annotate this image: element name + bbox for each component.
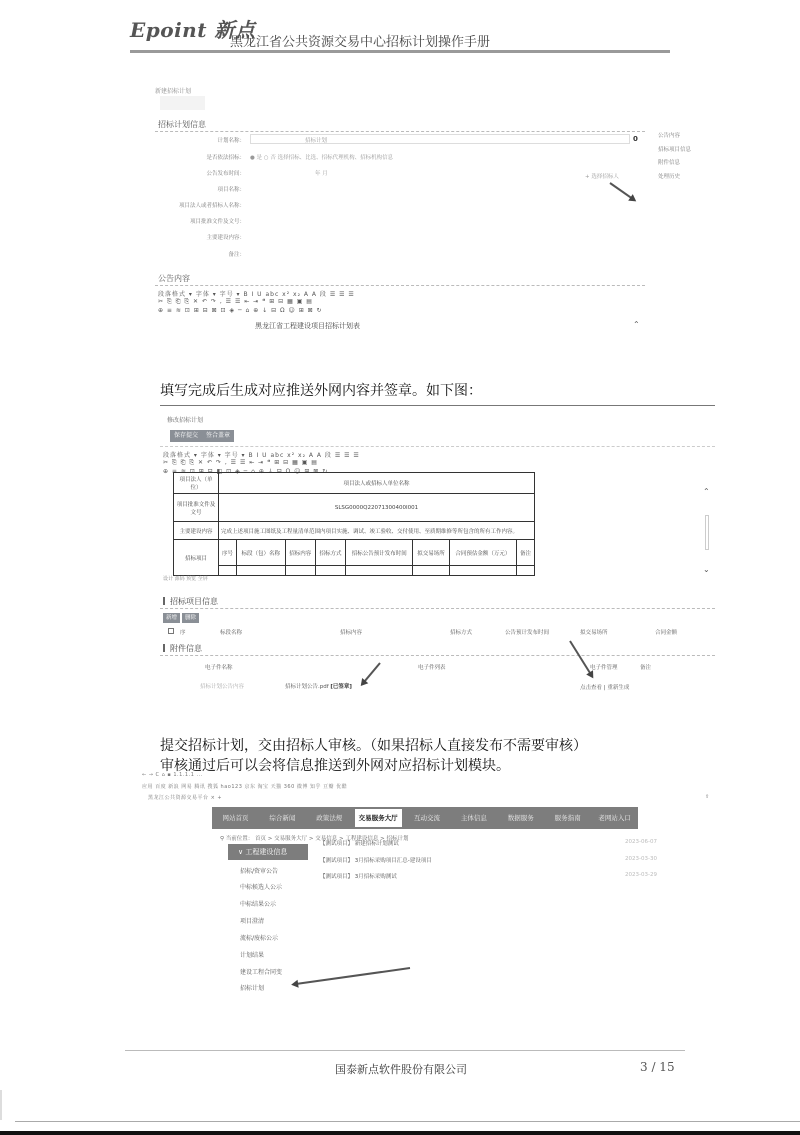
nav-data-service[interactable]: 数据服务 bbox=[497, 807, 544, 829]
footer-divider bbox=[125, 1050, 685, 1051]
editor-toolbar-row-1[interactable]: 段落格式 ▾ 字体 ▾ 字号 ▾ B I U abc x² x₂ A A 段 ☰… bbox=[163, 450, 360, 459]
screenshot-edit-bid-plan: 修改招标计划 保存提交 签合盖章 段落格式 ▾ 字体 ▾ 字号 ▾ B I U … bbox=[160, 405, 720, 705]
scan-divider bbox=[15, 1121, 800, 1122]
table-row bbox=[174, 566, 535, 576]
form-row-approval: 项目批准文件及文号： bbox=[155, 217, 635, 229]
scroll-down-icon[interactable]: ⌄ bbox=[703, 565, 710, 574]
instruction-paragraph-1: 填写完成后生成对应推送外网内容并签章。如下图： bbox=[160, 380, 482, 400]
nav-trading-hall[interactable]: 交易服务大厅 bbox=[355, 809, 402, 827]
nav-old-site[interactable]: 老网站入口 bbox=[591, 807, 638, 829]
sidebar-item[interactable]: 项目澄清 bbox=[240, 916, 264, 925]
section-title-attachments: 附件信息 bbox=[163, 643, 202, 654]
form-row-legal-bid: 是否依法招标： ● 是 ○ 否 选择招标、比选、招标代理机构、招标机构信息 bbox=[155, 153, 635, 165]
form-row-tenderer: 项目法人或者招标人名称： bbox=[155, 201, 635, 213]
scroll-up-icon[interactable]: ⌃ bbox=[703, 487, 710, 496]
sidebar-item[interactable]: 流标/废标公示 bbox=[240, 933, 278, 942]
anchor-bid-project-info[interactable]: 招标项目信息 bbox=[658, 144, 691, 158]
form-row-main-content: 主要建设内容： bbox=[155, 233, 635, 245]
attachment-actions[interactable]: 点击查看 | 重新生成 bbox=[580, 683, 629, 691]
editor-toolbar-row-2[interactable]: ✂ ⎘ ⎗ ⎘ ✕ ↶ ↷ , ☰ ☰ ⇤ ⇥ ❝ ⊞ ⊟ ▦ ▣ ▤ bbox=[163, 459, 318, 467]
sidebar-heading[interactable]: ∨ 工程建设信息 bbox=[228, 844, 308, 860]
breadcrumb: 新建招标计划 bbox=[155, 86, 191, 95]
nav-news[interactable]: 综合新闻 bbox=[259, 807, 306, 829]
editor-mode-tabs[interactable]: 设计 源码 预览 全屏 bbox=[163, 575, 208, 582]
count-badge: 0 bbox=[633, 135, 638, 143]
form-row-remark: 备注： bbox=[155, 250, 635, 262]
browser-address-bar[interactable]: ← → C ⌂ ▪ 1.1.1.1 ... bbox=[142, 772, 203, 778]
bookmarks-bar[interactable]: 应用 百度 新浪 网易 腾讯 搜狐 hao123 京东 淘宝 天猫 360 微博… bbox=[142, 783, 347, 790]
add-button[interactable]: 新增 bbox=[163, 613, 180, 623]
table-row: 项目批准文件及文号 SLSG0000Q22071300400I001 bbox=[174, 494, 535, 522]
form-row-publish-time: 公告发布时间： 年 月 bbox=[155, 169, 635, 181]
news-date: 2023-03-29 bbox=[625, 872, 657, 878]
footer-company: 国泰新点软件股份有限公司 bbox=[335, 1061, 467, 1077]
news-item[interactable]: 【测试项目】 新建招标计划测试 bbox=[320, 839, 399, 847]
annotation-arrow bbox=[569, 640, 593, 677]
nav-interaction[interactable]: 互动交流 bbox=[404, 807, 451, 829]
sidebar-item[interactable]: 招标/资审公告 bbox=[240, 866, 278, 875]
editor-toolbar-row-3[interactable]: ⊕ ≡ ≋ ⊡ ⊞ ⊟ ⊠ ⊡ ◈ ─ ⌂ ⊕ ↓ ⊟ Ω ☺ ⊞ ⊠ ↻ bbox=[158, 307, 323, 314]
divider bbox=[160, 405, 715, 406]
section-title-content: 公告内容 bbox=[158, 273, 190, 284]
section-title-bid-projects: 招标项目信息 bbox=[163, 596, 218, 607]
browser-tabs[interactable]: 黑龙江公共资源交易平台 × + bbox=[148, 794, 222, 801]
choose-tenderer-link[interactable]: + 选择招标人 bbox=[585, 172, 619, 180]
sidebar-item[interactable]: 中标结果公示 bbox=[240, 899, 276, 908]
nav-home[interactable]: 网站首页 bbox=[212, 807, 259, 829]
news-date: 2023-06-07 bbox=[625, 839, 657, 845]
editor-content-heading[interactable]: 黑龙江省工程建设项目招标计划表 bbox=[255, 321, 360, 331]
table-row: 项目法人（单位） 项目法人或招标人单位名称 bbox=[174, 473, 535, 494]
page-number: 3 / 15 bbox=[640, 1060, 675, 1074]
site-main-nav: 网站首页 综合新闻 政策法规 交易服务大厅 互动交流 主体信息 数据服务 服务指… bbox=[212, 807, 638, 829]
screenshot-public-website: ← → C ⌂ ▪ 1.1.1.1 ... 应用 百度 新浪 网易 腾讯 搜狐 … bbox=[140, 770, 720, 1030]
publish-time-input[interactable]: 年 月 bbox=[315, 169, 328, 177]
divider bbox=[160, 608, 715, 609]
sidebar-item[interactable]: 中标候选人公示 bbox=[240, 882, 282, 891]
sidebar-item-bid-plan[interactable]: 招标计划 bbox=[240, 983, 264, 992]
instruction-paragraph-2: 提交招标计划，交由招标人审核。（如果招标人直接发布不需要审核） bbox=[160, 735, 587, 755]
anchor-history[interactable]: 处理历史 bbox=[658, 171, 691, 185]
select-all-checkbox[interactable] bbox=[168, 628, 174, 634]
toolbar-placeholder bbox=[160, 96, 205, 110]
share-icon[interactable]: ⇪ bbox=[705, 794, 710, 800]
document-title: 黑龙江省公共资源交易中心招标计划操作手册 bbox=[230, 31, 490, 50]
annotation-arrow bbox=[361, 662, 381, 685]
anchor-attachment-info[interactable]: 附件信息 bbox=[658, 157, 691, 171]
divider bbox=[160, 655, 715, 656]
form-row-plan-name: 计划名称： 招标计划 bbox=[155, 136, 635, 148]
scan-edge bbox=[0, 1090, 2, 1120]
annotation-arrow bbox=[293, 967, 410, 985]
scrollbar[interactable] bbox=[705, 515, 709, 550]
screenshot-bid-plan-form: 新建招标计划 招标计划信息 计划名称： 招标计划 0 是否依法招标： ● 是 ○… bbox=[155, 78, 645, 338]
page-title: 修改招标计划 bbox=[167, 415, 203, 424]
nav-entity-info[interactable]: 主体信息 bbox=[450, 807, 497, 829]
editor-toolbar-row-2[interactable]: ✂ ⎘ ⎗ ⎘ ✕ ↶ ↷ , ☰ ☰ ⇤ ⇥ ❝ ⊞ ⊟ ▦ ▣ ▤ bbox=[158, 298, 313, 306]
table-row: 招标项目 序号 标段（包）名称 招标内容 招标方式 招标公告预计发布时间 拟交易… bbox=[174, 540, 535, 566]
page-header: Epoint 新点 黑龙江省公共资源交易中心招标计划操作手册 bbox=[130, 14, 670, 54]
section-divider bbox=[155, 285, 645, 286]
divider bbox=[160, 446, 715, 447]
news-date: 2023-03-30 bbox=[625, 856, 657, 862]
table-row: 主要建设内容 完成上述项目施工图纸及工程量清单范围内项目实施、调试、竣工验收、交… bbox=[174, 522, 535, 540]
legal-bid-radio[interactable]: ● 是 ○ 否 选择招标、比选、招标代理机构、招标机构信息 bbox=[250, 153, 393, 161]
form-row-project-name: 项目名称： bbox=[155, 185, 635, 197]
nav-service-guide[interactable]: 服务指南 bbox=[544, 807, 591, 829]
editor-toolbar-row-1[interactable]: 段落格式 ▾ 字体 ▾ 字号 ▾ B I U abc x² x₂ A A 段 ☰… bbox=[158, 289, 355, 298]
attachment-file-link[interactable]: 招标计划公告.pdf [已签章] bbox=[285, 682, 352, 690]
news-item[interactable]: 【测试项目】 3月招标采购测试 bbox=[320, 872, 397, 880]
section-divider bbox=[155, 131, 645, 132]
sidebar-item[interactable]: 计划结果 bbox=[240, 950, 264, 959]
header-divider bbox=[130, 50, 670, 53]
save-submit-button[interactable]: 保存提交 bbox=[170, 430, 202, 442]
sign-seal-button[interactable]: 签合盖章 bbox=[202, 430, 234, 442]
bid-plan-table: 项目法人（单位） 项目法人或招标人单位名称 项目批准文件及文号 SLSG0000… bbox=[173, 472, 535, 576]
delete-button[interactable]: 删除 bbox=[182, 613, 199, 623]
scan-border bbox=[0, 1131, 800, 1135]
scroll-up-icon[interactable]: ⌃ bbox=[633, 320, 640, 329]
anchor-announcement-content[interactable]: 公告内容 bbox=[658, 130, 691, 144]
nav-policy[interactable]: 政策法规 bbox=[306, 807, 353, 829]
news-item[interactable]: 【测试项目】 3月招标采购项目汇总-建设项目 bbox=[320, 856, 432, 864]
side-anchor-menu: 公告内容 招标项目信息 附件信息 处理历史 bbox=[658, 130, 691, 184]
attachment-name: 招标计划公告内容 bbox=[200, 682, 244, 690]
section-title-plan-info: 招标计划信息 bbox=[158, 119, 206, 130]
sidebar-item[interactable]: 建设工程合同变 bbox=[240, 967, 282, 976]
